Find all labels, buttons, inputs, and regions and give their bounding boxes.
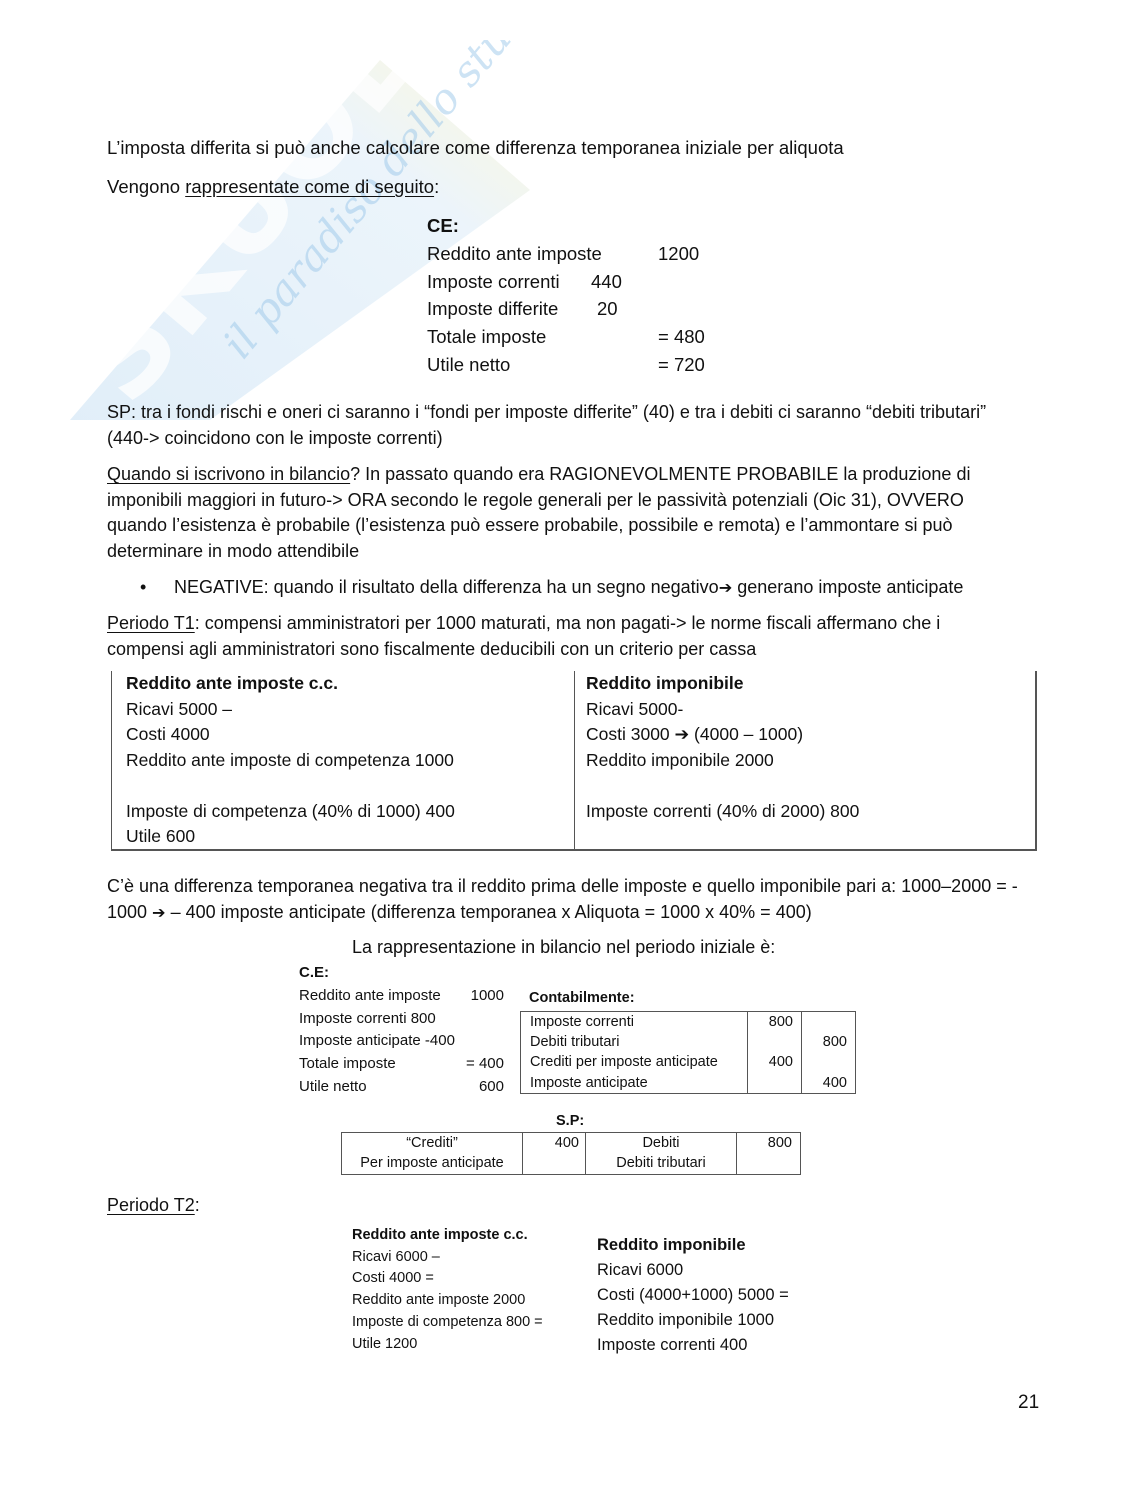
ce2-row-value: 600: [479, 1076, 504, 1099]
t1-left-line: Utile 600: [126, 824, 455, 850]
ce-row-value-right: = 720: [658, 351, 705, 379]
ce-block-1: CE: Reddito ante imposte1200 Imposte cor…: [427, 212, 602, 379]
dare-cell: [748, 1073, 801, 1093]
ce-row: Totale imposte= 480: [427, 323, 602, 351]
ce2-row: Totale imposte= 400: [299, 1053, 504, 1076]
ce2-row-value: 1000: [471, 985, 504, 1008]
t2-left-line: Ricavi 6000 –: [352, 1247, 543, 1269]
page-number: 21: [1018, 1392, 1039, 1414]
difference-text-after: – 400 imposte anticipate (differenza tem…: [166, 902, 812, 922]
ce-row-value: 440: [591, 268, 622, 296]
ce2-row-label: Utile netto: [299, 1078, 367, 1095]
ce-row-value-right: 1200: [658, 240, 699, 268]
sp-assets-label: “Crediti” Per imposte anticipate: [342, 1133, 523, 1174]
bullet-item-negative: • NEGATIVE: quando il risultato della di…: [140, 575, 963, 600]
avere-cell: 400: [802, 1073, 855, 1093]
ce-row: Imposte differite20: [427, 295, 602, 323]
ce-row-label: Reddito ante imposte: [427, 243, 602, 264]
dare-cell: 800: [748, 1012, 801, 1032]
t2-right-line: Reddito imponibile 1000: [597, 1308, 789, 1333]
periodo-t1-paragraph: Periodo T1: compensi amministratori per …: [107, 611, 1022, 662]
when-heading: Quando si iscrivono in bilancio: [107, 464, 350, 484]
ce-block-2-title: C.E:: [299, 962, 504, 985]
avere-cell: [802, 1012, 855, 1032]
t1-left-line: Imposte di competenza (40% di 1000) 400: [126, 799, 455, 825]
ce-row: Utile netto= 720: [427, 351, 602, 379]
account-cell: Imposte correnti: [521, 1012, 747, 1032]
periodo-t1-text: : compensi amministratori per 1000 matur…: [107, 613, 940, 659]
bullet-text-before: NEGATIVE: quando il risultato della diff…: [174, 577, 719, 597]
intro-line-1: L’imposta differita si può anche calcola…: [107, 135, 844, 160]
t2-right-title: Reddito imponibile: [597, 1233, 789, 1258]
sp-liabilities-value-text: 800: [768, 1135, 800, 1151]
ce-row-label: Totale imposte: [427, 326, 546, 347]
periodo-t2-suffix: :: [195, 1195, 200, 1215]
intro-line-2-underlined: rappresentate come di seguito: [185, 176, 434, 197]
ce-row-label: Imposte differite: [427, 298, 558, 319]
periodo-t2-heading: Periodo T2:: [107, 1193, 200, 1218]
arrow-right-icon: ➔: [152, 903, 166, 922]
ce-row: Reddito ante imposte1200: [427, 240, 602, 268]
t1-left-line: Costi 4000: [126, 722, 455, 748]
intro-line-2: Vengono rappresentate come di seguito:: [107, 174, 439, 199]
sp-table-title: S.P:: [556, 1113, 584, 1129]
intro-line-2-suffix: :: [434, 176, 439, 197]
sp-assets-label-line-1: “Crediti”: [342, 1133, 522, 1153]
contabilmente-title: Contabilmente:: [529, 990, 635, 1006]
t1-left-line: [126, 773, 455, 799]
ce2-row-label: Imposte anticipate -400: [299, 1032, 455, 1049]
dare-cell: 400: [748, 1052, 801, 1072]
t1-left-column: Reddito ante imposte c.c. Ricavi 5000 – …: [126, 671, 455, 850]
sp-liabilities-label-line-2: Debiti tributari: [586, 1153, 736, 1173]
t2-right-line: Imposte correnti 400: [597, 1333, 789, 1358]
account-cell: Imposte anticipate: [521, 1073, 747, 1093]
bullet-dot-icon: •: [140, 575, 146, 600]
difference-paragraph: C’è una differenza temporanea negativa t…: [107, 874, 1027, 925]
ce-row-label: Imposte correnti: [427, 271, 560, 292]
t2-left-block: Reddito ante imposte c.c. Ricavi 6000 – …: [352, 1225, 543, 1355]
t2-left-line: Costi 4000 =: [352, 1268, 543, 1290]
avere-cell: [802, 1052, 855, 1072]
t2-left-title: Reddito ante imposte c.c.: [352, 1225, 543, 1247]
t1-left-title: Reddito ante imposte c.c.: [126, 671, 455, 697]
avere-column: 800 400: [802, 1012, 855, 1093]
t1-comparison-table: Reddito ante imposte c.c. Ricavi 5000 – …: [111, 671, 1037, 851]
ce2-row-label: Reddito ante imposte: [299, 987, 441, 1004]
sp-assets-label-line-2: Per imposte anticipate: [342, 1153, 522, 1173]
arrow-right-icon: ➔: [719, 578, 733, 597]
intro-line-2-prefix: Vengono: [107, 176, 185, 197]
ce-row: Imposte correnti440: [427, 268, 602, 296]
sp-assets-value-text: 400: [555, 1135, 585, 1151]
account-cell: Debiti tributari: [521, 1032, 747, 1052]
ce-row-value-right: = 480: [658, 323, 705, 351]
account-column: Imposte correnti Debiti tributari Credit…: [521, 1012, 748, 1093]
t1-right-line: Costi 3000 ➔ (4000 – 1000): [586, 722, 859, 748]
sp-paragraph: SP: tra i fondi rischi e oneri ci sarann…: [107, 400, 1022, 451]
t1-left-line: Reddito ante imposte di competenza 1000: [126, 748, 455, 774]
periodo-t2-label: Periodo T2: [107, 1195, 195, 1215]
sp-liabilities-label: Debiti Debiti tributari: [586, 1133, 737, 1174]
sp-table: “Crediti” Per imposte anticipate 400 Deb…: [341, 1132, 801, 1175]
sp-assets-value: 400: [523, 1133, 586, 1174]
ce2-row: Reddito ante imposte1000: [299, 985, 504, 1008]
ce-block-1-title: CE:: [427, 212, 602, 240]
t1-right-line: [586, 773, 859, 799]
ce-row-value: 20: [597, 295, 618, 323]
periodo-t1-label: Periodo T1: [107, 613, 195, 633]
t1-right-line: Reddito imponibile 2000: [586, 748, 859, 774]
bullet-text-after: generano imposte anticipate: [732, 577, 963, 597]
t2-left-line: Imposte di competenza 800 =: [352, 1312, 543, 1334]
t1-left-line: Ricavi 5000 –: [126, 697, 455, 723]
t2-right-line: Costi (4000+1000) 5000 =: [597, 1283, 789, 1308]
t1-right-title: Reddito imponibile: [586, 671, 859, 697]
t2-left-line: Reddito ante imposte 2000: [352, 1290, 543, 1312]
t1-right-line: Imposte correnti (40% di 2000) 800: [586, 799, 859, 825]
t1-right-line: Ricavi 5000-: [586, 697, 859, 723]
dare-column: 800 400: [748, 1012, 802, 1093]
account-cell: Crediti per imposte anticipate: [521, 1052, 747, 1072]
sp-liabilities-value: 800: [737, 1133, 800, 1174]
when-paragraph: Quando si iscrivono in bilancio? In pass…: [107, 462, 1022, 564]
table-divider: [574, 671, 575, 849]
representation-heading: La rappresentazione in bilancio nel peri…: [352, 935, 775, 960]
ce2-row-value: = 400: [466, 1053, 504, 1076]
ce2-row-label: Imposte correnti 800: [299, 1010, 436, 1027]
ce2-row: Imposte correnti 800: [299, 1008, 504, 1031]
sp-liabilities-label-line-1: Debiti: [586, 1133, 736, 1153]
ce-row-label: Utile netto: [427, 354, 510, 375]
t2-left-line: Utile 1200: [352, 1334, 543, 1356]
t2-right-line: Ricavi 6000: [597, 1258, 789, 1283]
avere-cell: 800: [802, 1032, 855, 1052]
ce2-row-label: Totale imposte: [299, 1055, 396, 1072]
dare-cell: [748, 1032, 801, 1052]
ce2-row: Imposte anticipate -400: [299, 1030, 504, 1053]
ce2-row: Utile netto600: [299, 1076, 504, 1099]
contabilmente-table: Imposte correnti Debiti tributari Credit…: [520, 1011, 856, 1094]
t1-right-column: Reddito imponibile Ricavi 5000- Costi 30…: [586, 671, 859, 824]
t2-right-block: Reddito imponibile Ricavi 6000 Costi (40…: [597, 1233, 789, 1358]
ce-block-2: C.E: Reddito ante imposte1000 Imposte co…: [299, 962, 504, 1099]
